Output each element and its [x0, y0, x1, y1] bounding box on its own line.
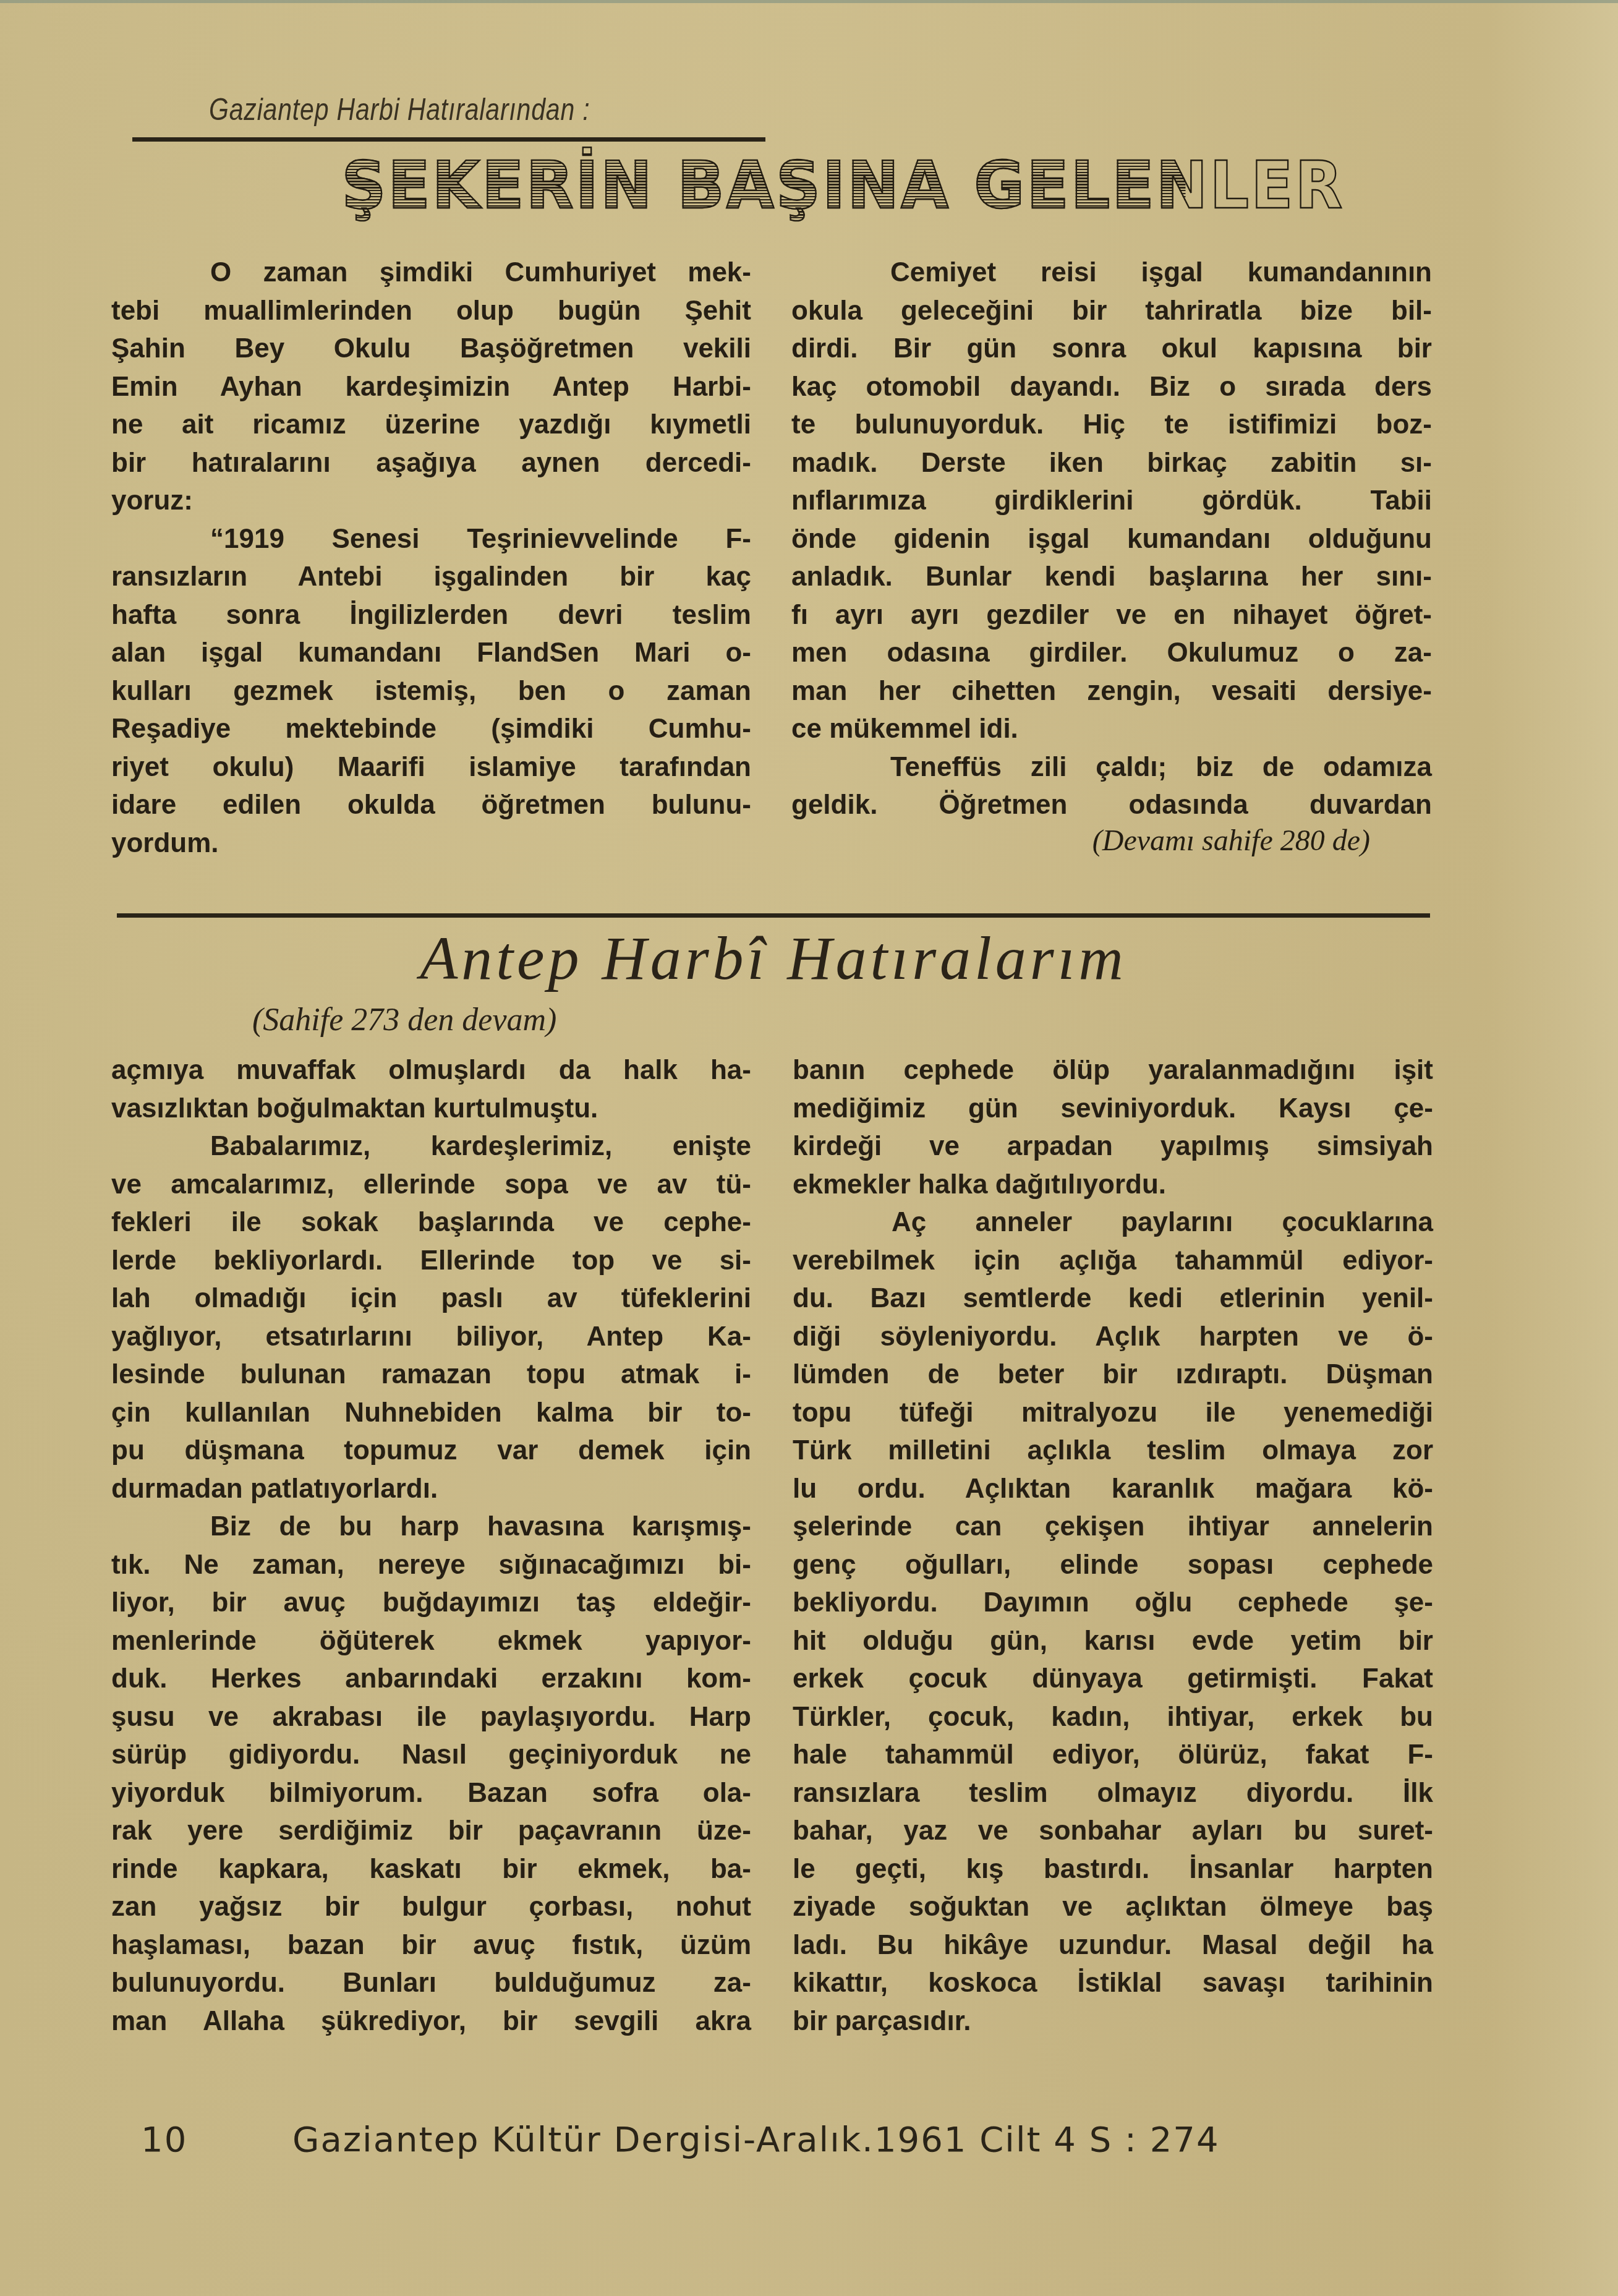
text-line: du. Bazı semtlerde kedi etlerinin yenil- — [793, 1279, 1433, 1318]
text-line: tebi muallimlerinden olup bugün Şehit — [111, 292, 751, 330]
text-line: Aç anneler paylarını çocuklarına — [793, 1203, 1433, 1242]
text-line: lu ordu. Açlıktan karanlık mağara kö- — [793, 1470, 1433, 1508]
text-line: liyor, bir avuç buğdayımızı taş eldeğir- — [111, 1584, 751, 1622]
text-line: hafta sonra İngilizlerden devri teslim — [111, 596, 751, 634]
text-line: yiyorduk bilmiyorum. Bazan sofra ola- — [111, 1774, 751, 1812]
text-line: önde gidenin işgal kumandanı olduğunu — [791, 520, 1432, 558]
text-line: topu tüfeği mitralyozu ile yenemediği — [793, 1394, 1433, 1432]
text-line: duk. Herkes anbarındaki erzakını kom- — [111, 1660, 751, 1698]
text-line: menlerinde öğüterek ekmek yapıyor- — [111, 1622, 751, 1660]
text-line: şelerinde can çekişen ihtiyar annelerin — [793, 1508, 1433, 1546]
text-line: Türk milletini açlıkla teslim olmaya zor — [793, 1432, 1433, 1470]
text-line: ce mükemmel idi. — [791, 710, 1432, 748]
text-line: Teneffüs zili çaldı; biz de odamıza — [791, 748, 1432, 787]
text-line: banın cephede ölüp yaralanmadığını işit — [793, 1051, 1433, 1090]
text-line: açmıya muvaffak olmuşlardı da halk ha- — [111, 1051, 751, 1090]
text-line: zan yağsız bir bulgur çorbası, nohut — [111, 1888, 751, 1926]
text-line: Biz de bu harp havasına karışmış- — [111, 1508, 751, 1546]
text-line: ransızların Antebi işgalinden bir kaç — [111, 558, 751, 596]
text-line: bekliyordu. Dayımın oğlu cephede şe- — [793, 1584, 1433, 1622]
text-line: verebilmek için açlığa tahammül ediyor- — [793, 1242, 1433, 1280]
journal-citation: Gaziantep Kültür Dergisi-Aralık.1961 Cil… — [292, 2120, 1220, 2160]
text-line: şusu ve akrabası ile paylaşıyordu. Harp — [111, 1698, 751, 1736]
text-line: ziyade soğuktan ve açlıktan ölmeye baş — [793, 1888, 1433, 1926]
text-line: ve amcalarımız, ellerinde sopa ve av tü- — [111, 1166, 751, 1204]
text-line: pu düşmana topumuz var demek için — [111, 1432, 751, 1470]
text-line: haşlaması, bazan bir avuç fıstık, üzüm — [111, 1926, 751, 1965]
text-line: man Allaha şükrediyor, bir sevgili akra — [111, 2002, 751, 2041]
series-label: Gaziantep Harbi Hatıralarından : — [209, 92, 590, 127]
text-line: nıflarımıza girdiklerini gördük. Tabii — [791, 482, 1432, 520]
article2-title: Antep Harbî Hatıralarım — [117, 928, 1430, 989]
text-line: man her cihetten zengin, vesaiti dersiye… — [791, 672, 1432, 711]
text-line: Emin Ayhan kardeşimizin Antep Harbi- — [111, 368, 751, 406]
text-line: hit olduğu gün, karısı evde yetim bir — [793, 1622, 1433, 1660]
article1-right-column: Cemiyet reisi işgal kumandanınınokula ge… — [791, 254, 1432, 824]
text-line: ekmekler halka dağıtılıyordu. — [793, 1166, 1433, 1204]
section-divider-rule — [117, 913, 1430, 918]
text-line: Şahin Bey Okulu Başöğretmen vekili — [111, 330, 751, 368]
text-line: kaç otomobil dayandı. Biz o sırada ders — [791, 368, 1432, 406]
text-line: yoruz: — [111, 482, 751, 520]
article1-left-column: O zaman şimdiki Cumhuriyet mek-tebi mual… — [111, 254, 751, 862]
header-rule — [132, 137, 765, 142]
text-line: çin kullanılan Nuhnebiden kalma bir to- — [111, 1394, 751, 1432]
text-line: fekleri ile sokak başlarında ve cephe- — [111, 1203, 751, 1242]
scan-edge — [0, 0, 1618, 3]
text-line: O zaman şimdiki Cumhuriyet mek- — [111, 254, 751, 292]
text-line: bulunuyordu. Bunları bulduğumuz za- — [111, 1964, 751, 2002]
article-title: ŞEKERİN BAŞINA GELENLER — [342, 153, 1186, 218]
article2-right-column: banın cephede ölüp yaralanmadığını işitm… — [793, 1051, 1433, 2040]
text-line: mediğimiz gün seviniyorduk. Kaysı çe- — [793, 1090, 1433, 1128]
text-line: bir parçasıdır. — [793, 2002, 1433, 2041]
text-line: lümden de beter bir ızdıraptı. Düşman — [793, 1355, 1433, 1394]
text-line: kulları gezmek istemiş, ben o zaman — [111, 672, 751, 711]
text-line: rinde kapkara, kaskatı bir ekmek, ba- — [111, 1850, 751, 1888]
text-line: dirdi. Bir gün sonra okul kapısına bir — [791, 330, 1432, 368]
text-line: kikattır, koskoca İstiklal savaşı tarihi… — [793, 1964, 1433, 2002]
text-line: sürüp gidiyordu. Nasıl geçiniyorduk ne — [111, 1736, 751, 1774]
text-line: erkek çocuk dünyaya getirmişti. Fakat — [793, 1660, 1433, 1698]
text-line: men odasına girdiler. Okulumuz o za- — [791, 634, 1432, 672]
text-line: ladı. Bu hikâye uzundur. Masal değil ha — [793, 1926, 1433, 1965]
text-line: durmadan patlatıyorlardı. — [111, 1470, 751, 1508]
text-line: Reşadiye mektebinde (şimdiki Cumhu- — [111, 710, 751, 748]
text-line: madık. Derste iken birkaç zabitin sı- — [791, 444, 1432, 482]
text-line: bir hatıralarını aşağıya aynen dercedi- — [111, 444, 751, 482]
text-line: riyet okulu) Maarifi islamiye tarafından — [111, 748, 751, 787]
text-line: geldik. Öğretmen odasında duvardan — [791, 786, 1432, 824]
text-line: ransızlara teslim olmayız diyordu. İlk — [793, 1774, 1433, 1812]
text-line: kirdeği ve arpadan yapılmış simsiyah — [793, 1127, 1433, 1166]
article2-left-column: açmıya muvaffak olmuşlardı da halk ha-va… — [111, 1051, 751, 2040]
continued-note: (Devamı sahife 280 de) — [791, 824, 1432, 858]
text-line: lesinde bulunan ramazan topu atmak i- — [111, 1355, 751, 1394]
text-line: Cemiyet reisi işgal kumandanının — [791, 254, 1432, 292]
text-line: vasızlıktan boğulmaktan kurtulmuştu. — [111, 1090, 751, 1128]
continued-from-note: (Sahife 273 den devam) — [252, 1002, 556, 1038]
text-line: Babalarımız, kardeşlerimiz, enişte — [111, 1127, 751, 1166]
text-line: yordum. — [111, 824, 751, 863]
text-line: lah olmadığı için paslı av tüfeklerini — [111, 1279, 751, 1318]
text-line: hale tahammül ediyor, ölürüz, fakat F- — [793, 1736, 1433, 1774]
text-line: le geçti, kış bastırdı. İnsanlar harpten — [793, 1850, 1433, 1888]
text-line: alan işgal kumandanı FlandSen Mari o- — [111, 634, 751, 672]
text-line: Türkler, çocuk, kadın, ihtiyar, erkek bu — [793, 1698, 1433, 1736]
text-line: te bulunuyorduk. Hiç te istifimizi boz- — [791, 406, 1432, 444]
text-line: “1919 Senesi Teşrinievvelinde F- — [111, 520, 751, 558]
text-line: fı ayrı ayrı gezdiler ve en nihayet öğre… — [791, 596, 1432, 634]
text-line: lerde bekliyorlardı. Ellerinde top ve si… — [111, 1242, 751, 1280]
text-line: bahar, yaz ve sonbahar ayları bu suret- — [793, 1812, 1433, 1850]
text-line: rak yere serdiğimiz bir paçavranın üze- — [111, 1812, 751, 1850]
text-line: tık. Ne zaman, nereye sığınacağımızı bi- — [111, 1546, 751, 1584]
text-line: genç oğulları, elinde sopası cephede — [793, 1546, 1433, 1584]
continued-note-wrap: (Devamı sahife 280 de) — [791, 824, 1432, 858]
text-line: anladık. Bunlar kendi başlarına her sını… — [791, 558, 1432, 596]
text-line: yağlıyor, etsatırlarını biliyor, Antep K… — [111, 1318, 751, 1356]
text-line: ne ait ricamız üzerine yazdığı kıymetli — [111, 406, 751, 444]
text-line: okula geleceğini bir tahriratla bize bil… — [791, 292, 1432, 330]
text-line: diği söyleniyordu. Açlık harpten ve ö- — [793, 1318, 1433, 1356]
text-line: idare edilen okulda öğretmen bulunu- — [111, 786, 751, 824]
page-number: 10 — [141, 2120, 187, 2160]
